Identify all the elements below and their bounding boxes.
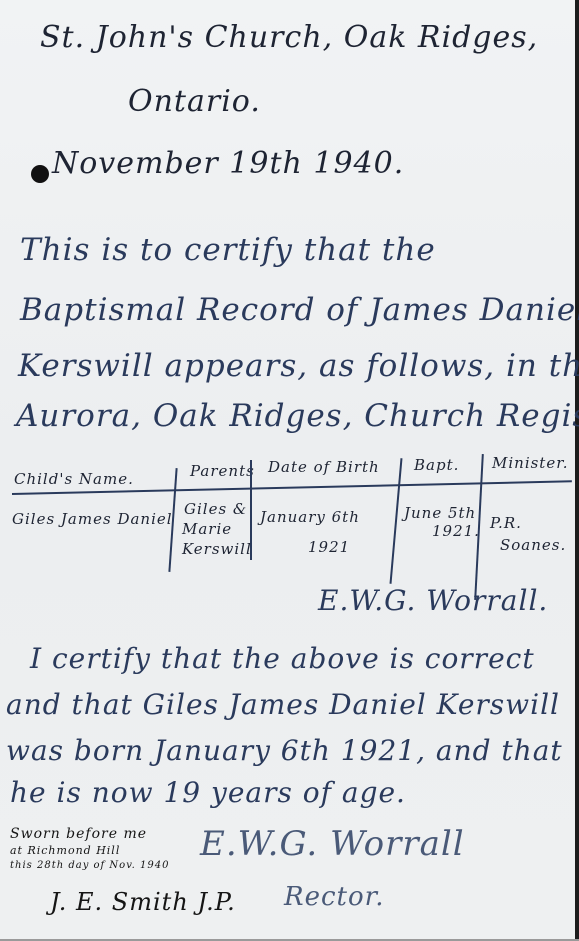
- cell-baptism-2: 1921.: [432, 522, 480, 540]
- heading-date: November 19th 1940.: [52, 146, 404, 181]
- cell-baptism-1: June 5th: [404, 504, 476, 522]
- signature-worrall-2: E.W.G. Worrall: [200, 824, 465, 864]
- signature-title-rector: Rector.: [284, 882, 384, 912]
- cell-dob-2: 1921: [308, 538, 350, 556]
- heading-province-line: Ontario.: [128, 84, 261, 119]
- sworn-note-line3: this 28th day of Nov. 1940: [10, 860, 169, 871]
- para1-line4: Aurora, Oak Ridges, Church Register.: [16, 398, 579, 434]
- para2-line3: was born January 6th 1921, and that: [6, 734, 563, 767]
- sworn-note-line2: at Richmond Hill: [10, 844, 120, 857]
- cell-dob-1: January 6th: [260, 508, 360, 526]
- cell-parents-3: Kerswill: [182, 540, 252, 558]
- heading-church-line: St. John's Church, Oak Ridges,: [40, 20, 538, 55]
- cell-childs-name: Giles James Daniel: [12, 510, 173, 528]
- para2-line1: I certify that the above is correct: [30, 642, 535, 675]
- para1-line2: Baptismal Record of James Daniel: [20, 292, 579, 328]
- para1-line1: This is to certify that the: [20, 232, 436, 268]
- col-header-parents: Parents: [190, 462, 255, 480]
- para2-line4: he is now 19 years of age.: [10, 776, 406, 809]
- col-header-childs-name: Child's Name.: [14, 470, 134, 488]
- jp-signature: J. E. Smith J.P.: [50, 888, 236, 916]
- signature-worrall-1: E.W.G. Worrall.: [318, 584, 548, 617]
- cell-minister-1: P.R.: [490, 514, 522, 532]
- page-edge-shadow: [575, 0, 579, 941]
- para1-line3: Kerswill appears, as follows, in the: [18, 348, 579, 384]
- punch-hole: [31, 165, 49, 183]
- cell-parents-2: Marie: [182, 520, 232, 538]
- cell-parents-1: Giles &: [184, 500, 247, 518]
- col-header-minister: Minister.: [492, 454, 569, 472]
- cell-minister-2: Soanes.: [500, 536, 566, 554]
- sworn-note-line1: Sworn before me: [10, 826, 147, 842]
- para2-line2: and that Giles James Daniel Kerswill: [6, 688, 560, 721]
- col-header-baptism: Bapt.: [414, 456, 459, 474]
- col-header-date-of-birth: Date of Birth: [268, 458, 380, 476]
